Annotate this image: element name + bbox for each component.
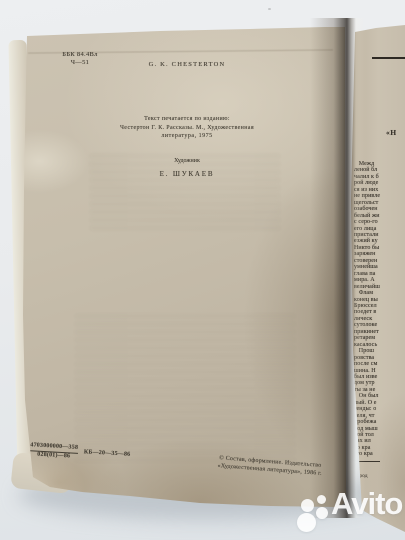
print-code-denominator: 028(01)—86 (37, 451, 70, 459)
artist-credit: Художник Е. ШУКАЕВ (57, 158, 317, 178)
left-page: ББК 84.4Вл Ч—51 G. K. CHESTERTON Текст п… (20, 25, 346, 512)
print-code-extra: КБ—20—35—86 (84, 449, 131, 459)
artist-label: Художник (57, 158, 317, 164)
avito-watermark: Avito (288, 492, 405, 538)
footnote-separator (354, 461, 380, 462)
bbk-line: ББК 84.4Вл (45, 51, 115, 59)
footnote-line: ¹ ч (354, 466, 404, 473)
story-text-column: Междленой блчалил к брой людеся из нихне… (354, 161, 405, 458)
artist-name: Е. ШУКАЕВ (57, 170, 317, 178)
footnote-line: народ (354, 473, 404, 480)
listing-photo: ББК 84.4Вл Ч—51 G. K. CHESTERTON Текст п… (0, 0, 405, 540)
header-rule (372, 57, 405, 59)
dust-speck (268, 8, 271, 10)
edition-note-source: Честертон Г. К. Рассказы. М., Художестве… (42, 124, 332, 133)
edition-note-source-2: литература, 1975 (42, 132, 332, 141)
right-page-strip: «Н Междленой блчалил к брой людеся из ни… (346, 20, 405, 534)
section-heading-fragment: «Н (386, 128, 397, 137)
story-text-line: его кра (354, 451, 405, 457)
avito-wordmark: Avito (331, 486, 402, 522)
copyright-notice: © Состав, оформление. Издательство «Худо… (170, 451, 371, 482)
print-order-code: 4703000000—358 028(01)—86 КБ—20—35—86 (30, 442, 131, 463)
showthrough-stain (75, 315, 295, 465)
edition-note-heading: Текст печатается по изданию: (42, 115, 332, 124)
print-code-fraction: 4703000000—358 028(01)—86 (30, 442, 79, 460)
footnote: ¹ чнарод (354, 466, 404, 480)
author-heading: G. K. CHESTERTON (57, 61, 317, 68)
edition-note: Текст печатается по изданию: Честертон Г… (42, 115, 332, 141)
